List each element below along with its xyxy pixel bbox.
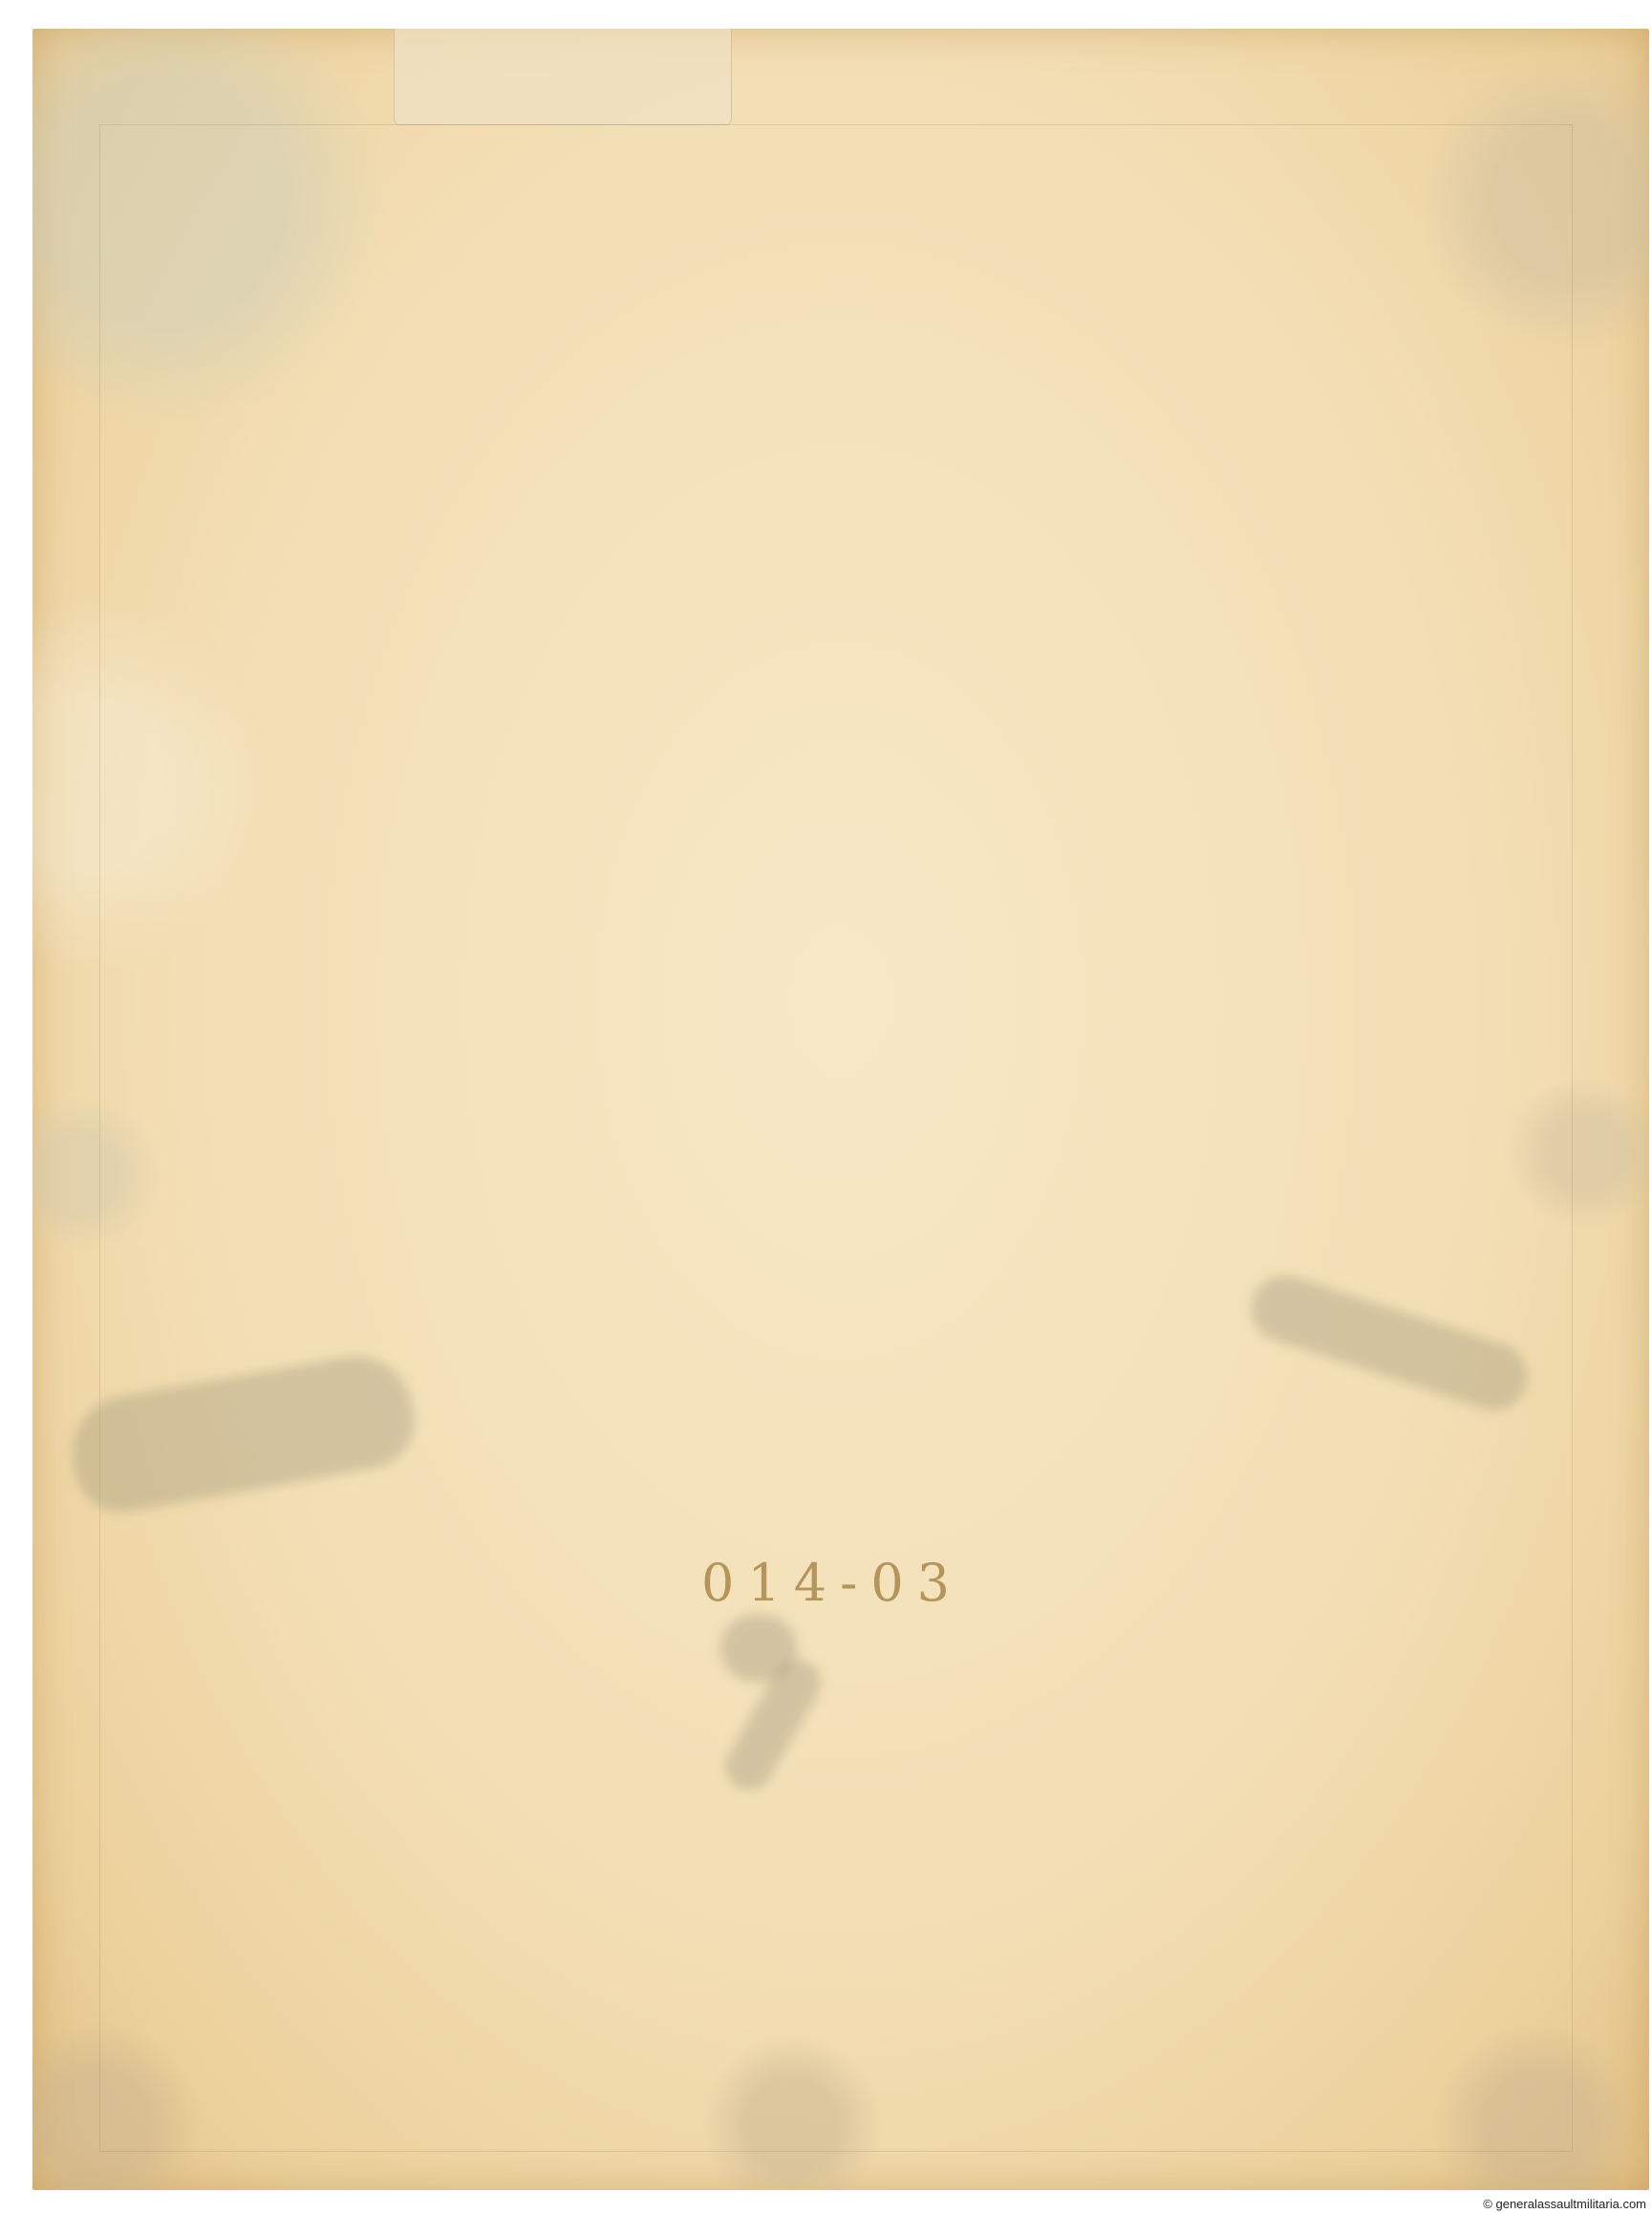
tape-residue xyxy=(394,29,732,125)
stamped-number: 014-03 xyxy=(701,1553,963,1613)
faint-border-frame xyxy=(99,124,1573,2152)
paper-sheet: 014-03 xyxy=(32,29,1649,2190)
copyright-watermark: © generalassaultmilitaria.com xyxy=(1483,2197,1646,2211)
